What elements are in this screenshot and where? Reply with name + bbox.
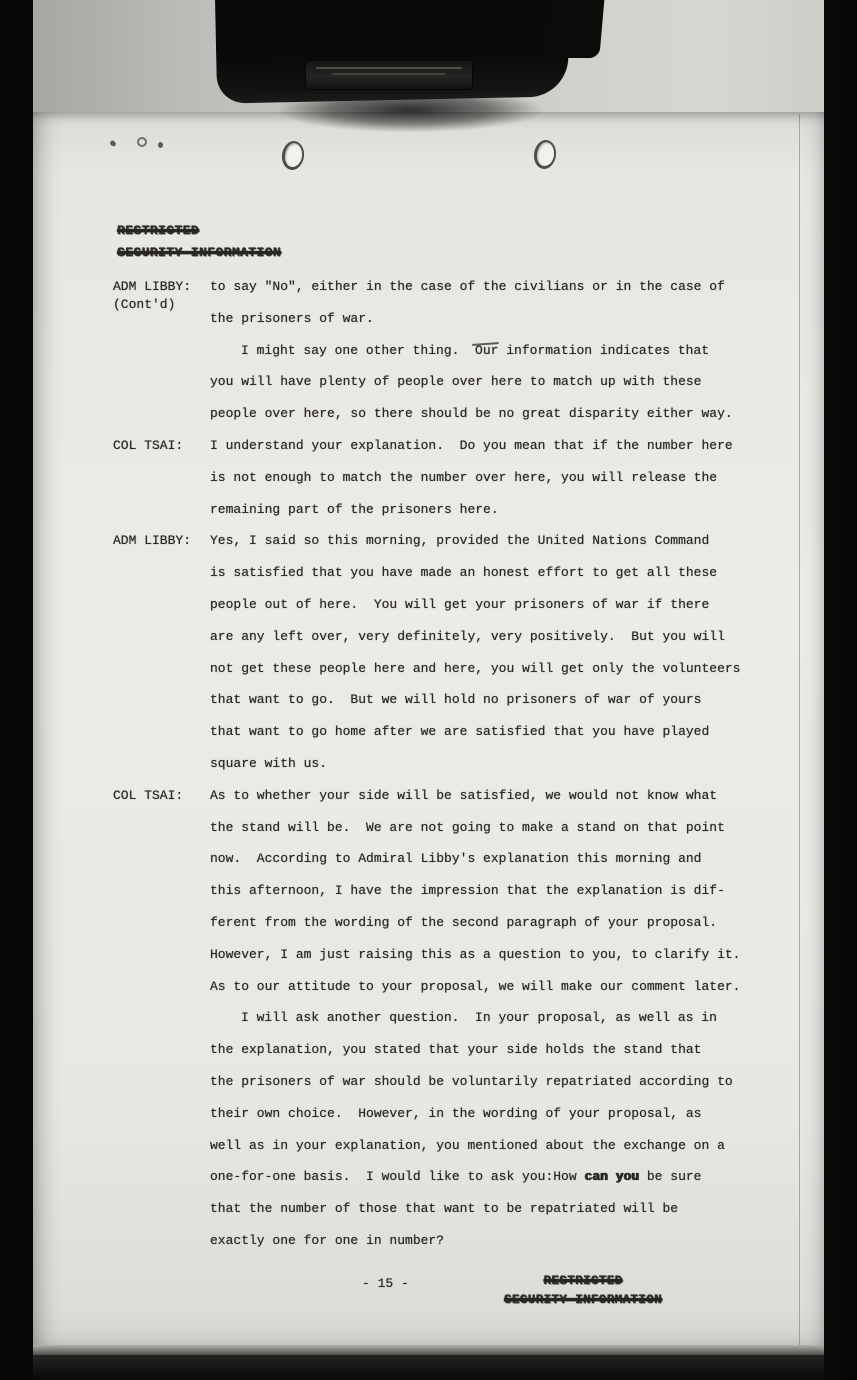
camera-clamp-label-plate — [305, 60, 473, 90]
transcript-line: that want to go home after we are satisf… — [210, 722, 709, 742]
transcript-line: ferent from the wording of the second pa… — [210, 913, 717, 933]
transcript-line: I might say one other thing. Our informa… — [241, 341, 709, 361]
transcript-line: square with us. — [210, 754, 327, 774]
transcript-line: now. According to Admiral Libby's explan… — [210, 849, 701, 869]
transcript-line: their own choice. However, in the wordin… — [210, 1104, 701, 1124]
paper-edge-line — [799, 114, 800, 1345]
classification-security-information: SECURITY INFORMATION — [504, 1291, 662, 1310]
transcript-line: However, I am just raising this as a que… — [210, 945, 741, 965]
transcript-line: the prisoners of war. — [210, 309, 374, 329]
transcript-line: are any left over, very definitely, very… — [210, 627, 725, 647]
transcript-line: As to our attitude to your proposal, we … — [210, 977, 741, 997]
transcript-line: people over here, so there should be no … — [210, 404, 733, 424]
transcript-line: remaining part of the prisoners here. — [210, 500, 499, 520]
scanned-document-photo: RESTRICTED SECURITY INFORMATION ADM LIBB… — [0, 0, 857, 1380]
speaker-label: COL TSAI: — [113, 786, 183, 806]
transcript-line: Yes, I said so this morning, provided th… — [210, 531, 709, 551]
page-number: - 15 - — [362, 1276, 409, 1291]
transcript-line: the prisoners of war should be voluntari… — [210, 1072, 733, 1092]
transcript-line: the explanation, you stated that your si… — [210, 1040, 701, 1060]
speaker-continuation-note: (Cont'd) — [113, 295, 175, 315]
speaker-label: ADM LIBBY: — [113, 531, 191, 551]
transcript-line: that the number of those that want to be… — [210, 1199, 678, 1219]
transcript-text: be sure — [639, 1169, 701, 1184]
transcript-text: one-for-one basis. I would like to ask y… — [210, 1169, 584, 1184]
label-plate-text-line — [332, 73, 446, 75]
transcript-lines: ADM LIBBY:(Cont'd)to say "No", either in… — [210, 277, 782, 1272]
classification-restricted: RESTRICTED — [117, 220, 199, 242]
label-plate-text-line — [316, 67, 462, 69]
transcript-line: is not enough to match the number over h… — [210, 468, 717, 488]
ink-speck — [158, 142, 163, 148]
speaker-label: COL TSAI: — [113, 436, 183, 456]
transcript-line: not get these people here and here, you … — [210, 659, 741, 679]
transcript-line: exactly one for one in number? — [210, 1231, 444, 1251]
transcript-line: people out of here. You will get your pr… — [210, 595, 709, 615]
classification-header: RESTRICTED SECURITY INFORMATION — [117, 220, 281, 264]
transcript-line: to say "No", either in the case of the c… — [210, 277, 725, 297]
ink-speck — [137, 137, 147, 147]
classification-security-information: SECURITY INFORMATION — [117, 242, 281, 264]
transcript-line: you will have plenty of people over here… — [210, 372, 701, 392]
transcript-line: this afternoon, I have the impression th… — [210, 881, 725, 901]
transcript-line: the stand will be. We are not going to m… — [210, 818, 725, 838]
transcript-line: I understand your explanation. Do you me… — [210, 436, 733, 456]
classification-footer: RESTRICTED SECURITY INFORMATION — [497, 1272, 669, 1310]
speaker-label: ADM LIBBY: — [113, 277, 191, 297]
classification-restricted: RESTRICTED — [543, 1272, 622, 1291]
photo-bottom-border — [0, 1355, 857, 1380]
camera-clamp-arm — [543, 0, 604, 58]
transcript-line: I will ask another question. In your pro… — [241, 1008, 717, 1028]
transcript-line: well as in your explanation, you mention… — [210, 1136, 725, 1156]
transcript-line: one-for-one basis. I would like to ask y… — [210, 1167, 702, 1187]
photo-right-border — [824, 0, 857, 1380]
overstruck-text: can you — [584, 1169, 639, 1184]
transcript-line: that want to go. But we will hold no pri… — [210, 690, 701, 710]
transcript-line: is satisfied that you have made an hones… — [210, 563, 717, 583]
transcript-line: As to whether your side will be satisfie… — [210, 786, 717, 806]
photo-left-border — [0, 0, 33, 1380]
